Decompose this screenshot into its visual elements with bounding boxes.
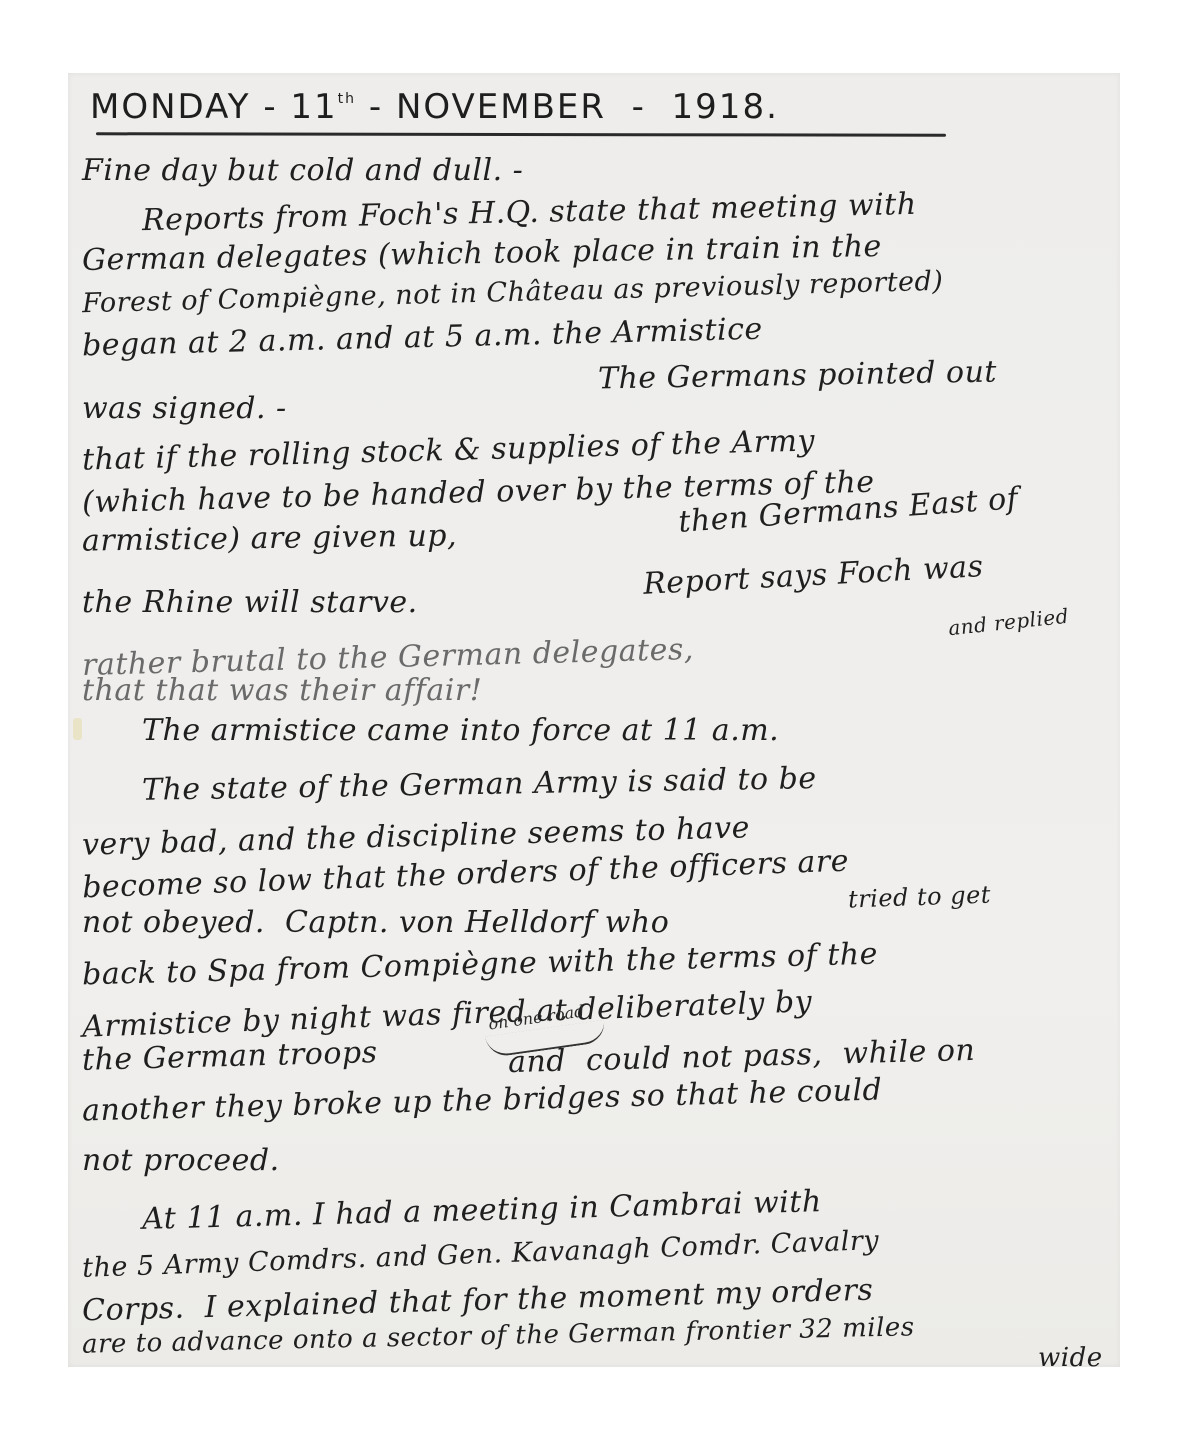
diary-line: that that was their affair! [82,673,482,708]
diary-line: the German troops [82,1035,378,1078]
diary-line: tried to get [848,881,992,914]
heading-separator: - [251,87,291,127]
diary-line: and replied [947,604,1070,641]
diary-line: began at 2 a.m. and at 5 a.m. the Armist… [82,312,763,364]
diary-line: wide [1038,1343,1103,1373]
diary-line: back to Spa from Compiègne with the term… [82,937,879,993]
diary-line: Fine day but cold and dull. - [82,153,523,188]
diary-line: Armistice by night was fired at delibera… [82,984,813,1044]
diary-line: was signed. - [82,391,287,426]
diary-line: not proceed. [82,1143,280,1178]
paper-stain [73,718,82,740]
diary-line: The Germans pointed out [598,355,997,397]
diary-page: MONDAY - 11th - NOVEMBER - 1918. Fine da… [68,73,1120,1367]
heading-day: MONDAY [90,87,251,127]
diary-line: armistice) are given up, [82,518,457,558]
heading-underline [96,132,946,136]
diary-line: another they broke up the bridges so tha… [82,1073,883,1129]
heading-date-suffix: th [338,91,356,107]
heading-month: NOVEMBER [396,87,606,127]
diary-line: The state of the German Army is said to … [142,761,817,808]
heading-year: 1918. [672,87,779,127]
diary-line: not obeyed. Captn. von Helldorf who [82,905,669,940]
heading-date-number: 11 [290,87,337,127]
page-heading: MONDAY - 11th - NOVEMBER - 1918. [90,87,779,127]
diary-line: The armistice came into force at 11 a.m. [142,713,779,748]
diary-line: At 11 a.m. I had a meeting in Cambrai wi… [142,1184,822,1237]
diary-line: Report says Foch was [642,549,984,602]
diary-line: the Rhine will starve. [82,585,418,620]
